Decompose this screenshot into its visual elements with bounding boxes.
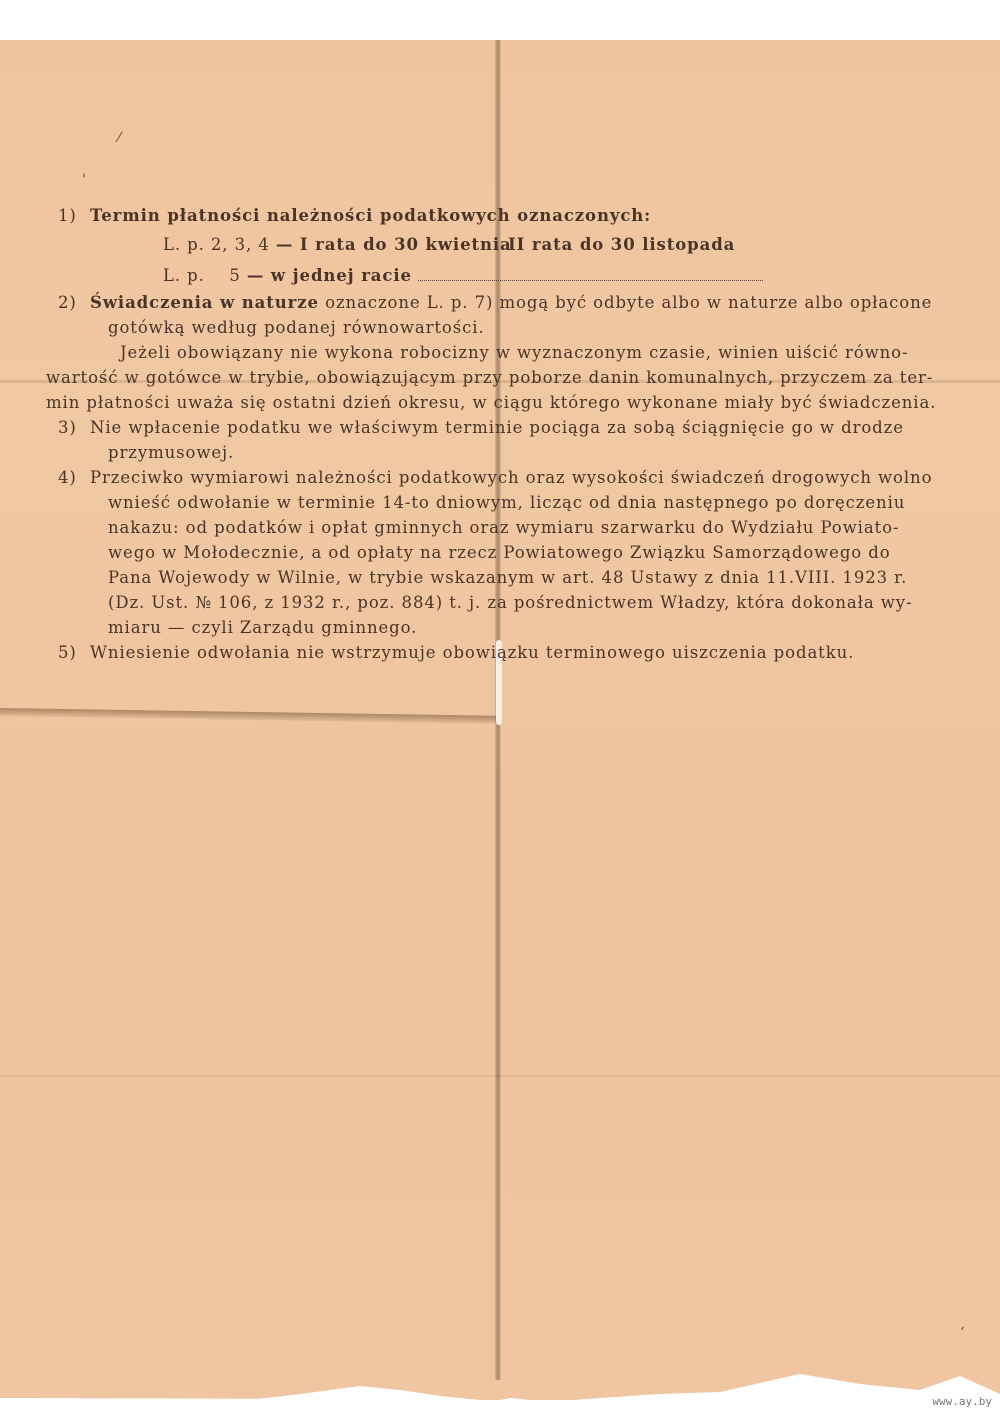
section-1-heading: 1)Termin płatności należności podatkowyc…	[58, 203, 918, 228]
section-3-line-1: 3)Nie wpłacenie podatku we właściwym ter…	[58, 415, 918, 440]
section-number: 5)	[58, 640, 90, 665]
lp-label: L. p. 5	[163, 266, 241, 285]
section-4-line-2: wnieść odwołanie w terminie 14-to dniowy…	[58, 490, 918, 515]
installment-2: II rata do 30 listopada	[508, 232, 735, 257]
section-5-line-1: 5)Wniesienie odwołania nie wstrzymuje ob…	[58, 640, 918, 665]
section-4-line-3: nakazu: od podatków i opłat gminnych ora…	[58, 515, 918, 540]
document-body: 1)Termin płatności należności podatkowyc…	[58, 203, 918, 665]
section-text: Wniesienie odwołania nie wstrzymuje obow…	[90, 643, 854, 662]
section-text: Przeciwko wymiarowi należności podatkowy…	[90, 468, 932, 487]
single-installment: — w jednej racie	[247, 266, 412, 285]
section-number: 3)	[58, 415, 90, 440]
section-4-line-7: miaru — czyli Zarządu gminnego.	[58, 615, 918, 640]
section-2-line-2: gotówką według podanej równowartości.	[58, 315, 918, 340]
section-3-line-2: przymusowej.	[58, 440, 918, 465]
payment-row-1: L. p. 2, 3, 4 — I rata do 30 kwietnia II…	[58, 232, 918, 257]
section-number: 2)	[58, 290, 90, 315]
section-4-line-1: 4)Przeciwko wymiarowi należności podatko…	[58, 465, 918, 490]
ink-mark: '	[82, 172, 86, 188]
payment-row-2: L. p. 5 — w jednej racie	[58, 263, 918, 288]
section-2-line-4: wartość w gotówce w trybie, obowiązujący…	[46, 365, 918, 390]
section-4-line-6: (Dz. Ust. № 106, z 1932 r., poz. 884) t.…	[58, 590, 918, 615]
ink-mark: ⁄	[118, 130, 120, 146]
section-2-line-1: 2)Świadczenia w naturze oznaczone L. p. …	[58, 290, 918, 315]
fill-in-line	[418, 280, 763, 281]
section-2-line-5: min płatności uważa się ostatni dzień ok…	[46, 390, 918, 415]
section-2-line-3: Jeżeli obowiązany nie wykona robocizny w…	[58, 340, 918, 365]
section-number: 1)	[58, 203, 90, 228]
section-heading: Świadczenia w naturze	[90, 293, 319, 312]
section-text: oznaczone L. p. 7) mogą być odbyte albo …	[325, 293, 932, 312]
lp-label: L. p. 2, 3, 4	[163, 235, 270, 254]
section-text: Nie wpłacenie podatku we właściwym termi…	[90, 418, 904, 437]
section-4-line-5: Pana Wojewody w Wilnie, w trybie wskazan…	[58, 565, 918, 590]
section-heading: Termin płatności należności podatkowych …	[90, 206, 651, 225]
ink-mark: ʻ	[960, 1325, 964, 1341]
installment-1: — I rata do 30 kwietnia	[276, 235, 512, 254]
section-4-line-4: wego w Mołodecznie, a od opłaty na rzecz…	[58, 540, 918, 565]
section-number: 4)	[58, 465, 90, 490]
watermark: www.ay.by	[932, 1395, 992, 1408]
